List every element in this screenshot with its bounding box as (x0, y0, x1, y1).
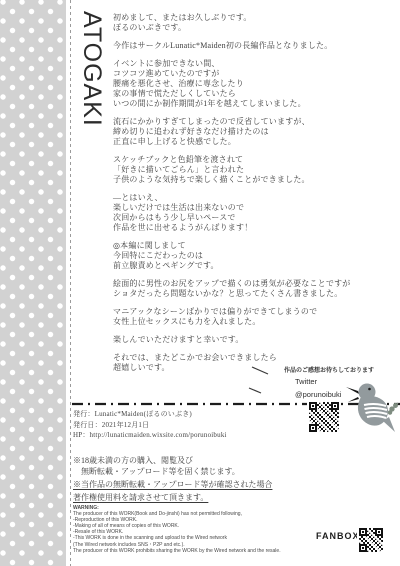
qr-finder-icon (331, 402, 339, 410)
bird-illustration (345, 377, 399, 435)
fanbox-text: FANBOX (316, 531, 360, 541)
qr-modules (309, 402, 339, 432)
page-title-vertical: ATOGAKI (79, 11, 104, 127)
body-paragraph: ◎本編に関しまして 今回特にこだわったのは 前立腺責めとペギングです。 (113, 241, 351, 271)
body-paragraph: 絵面的に男性のお尻をアップで描くのは勇気が必要なことですが ショタだったら問題な… (113, 279, 351, 299)
warning-body: The producer of this WORK(Book and Do-ji… (73, 511, 323, 554)
notice-age-restriction: ※18歳未満の方の購入、閲覧及び 無断転載・アップロード等を固く禁じます。 (73, 455, 272, 477)
qr-finder-icon (359, 528, 367, 536)
feedback-note-text: 作品のご感想お待ちしております (284, 365, 374, 374)
body-paragraph: マニアックなシーンばかりでは偏りができてしまうので 女性上位セックスにも力を入れ… (113, 307, 351, 327)
emphasis-strokes-icon (248, 364, 278, 398)
body-paragraph: 流石にかかりすぎてしまったので反省していますが、 締め切りに追われず好きなだけ描… (113, 117, 351, 147)
sprig-leaves (388, 403, 398, 414)
qr-finder-icon (359, 544, 367, 552)
qr-modules (359, 528, 383, 552)
body-paragraph: 今作はサークルLunatic*Maiden初の長編作品となりました。 (113, 41, 351, 51)
body-paragraph: 初めまして、またはお久しぶりです。 ぽるのいぶきです。 (113, 13, 351, 33)
qr-finder-icon (375, 528, 383, 536)
twitter-qr-code (307, 400, 341, 434)
warning-block-en: WARNING: The producer of this WORK(Book … (73, 505, 323, 554)
body-paragraph: 楽しんでいただけますと幸いです。 (113, 335, 351, 345)
body-paragraph: スケッチブックと色鉛筆を渡されて 「好きに描いてごらん」と言われた 子供のような… (113, 155, 351, 185)
notice-fee-claim: 著作権使用料を請求させて頂きます。 (73, 492, 272, 503)
vertical-dashed-divider (70, 0, 71, 566)
body-paragraph: イベントに参加できない間、 コツコツ進めていたのですが 腰痛を悪化させ、治療に専… (113, 59, 351, 109)
colophon: 発行：Lunatic*Maiden(ぽるのいぶき) 発行日：2021年12月1日… (73, 409, 227, 441)
twitter-label: Twitter (295, 377, 317, 386)
qr-finder-icon (309, 402, 317, 410)
notice-no-repost: ※当作品の無断転載・アップロード等が確認された場合 (73, 479, 272, 490)
fanbox-qr-code (357, 526, 385, 554)
atogaki-page: ATOGAKI 初めまして、またはお久しぶりです。 ぽるのいぶきです。 今作はサ… (0, 0, 400, 566)
legal-notice-jp: ※18歳未満の方の購入、閲覧及び 無断転載・アップロード等を固く禁じます。 ※当… (73, 455, 272, 505)
twitter-handle: @porunoibuki (295, 390, 341, 399)
polka-dot-sidebar (0, 0, 66, 566)
qr-finder-icon (309, 424, 317, 432)
body-paragraph: ―とはいえ、 楽しいだけでは生活は出来ないので 次回からはもう少し早いペースで … (113, 193, 351, 233)
afterword-body: 初めまして、またはお久しぶりです。 ぽるのいぶきです。 今作はサークルLunat… (113, 13, 351, 381)
